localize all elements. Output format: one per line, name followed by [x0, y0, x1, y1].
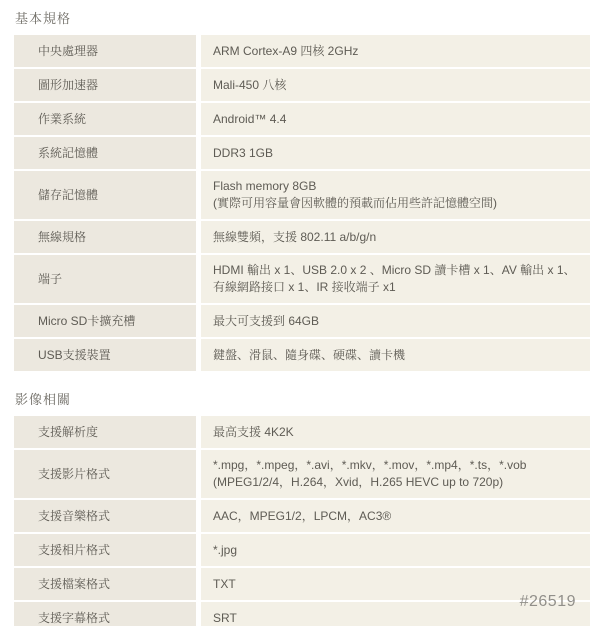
spec-label: 支援音樂格式	[14, 500, 196, 532]
spec-label: 作業系統	[14, 103, 196, 135]
spec-label: 無線規格	[14, 221, 196, 253]
spec-label: 支援影片格式	[14, 450, 196, 498]
spec-label: 支援解析度	[14, 416, 196, 448]
table-row: 支援影片格式 *.mpg，*.mpeg，*.avi，*.mkv，*.mov，*.…	[14, 450, 590, 498]
spec-label: 支援字幕格式	[14, 602, 196, 626]
spec-label: 支援相片格式	[14, 534, 196, 566]
table-row: 作業系統 Android™ 4.4	[14, 103, 590, 135]
spec-value: 無線雙頻，支援 802.11 a/b/g/n	[201, 221, 590, 253]
spec-value: 最高支援 4K2K	[201, 416, 590, 448]
spec-value: Flash memory 8GB (實際可用容量會因軟體的預載而佔用些許記憶體空…	[201, 171, 590, 219]
table-row: 端子 HDMI 輸出 x 1、USB 2.0 x 2 、Micro SD 讀卡槽…	[14, 255, 590, 303]
spec-table-basic: 中央處理器 ARM Cortex-A9 四核 2GHz 圖形加速器 Mali-4…	[14, 35, 590, 371]
table-row: Micro SD卡擴充槽 最大可支援到 64GB	[14, 305, 590, 337]
spec-label: 儲存記憶體	[14, 171, 196, 219]
spec-value: *.mpg，*.mpeg，*.avi，*.mkv，*.mov，*.mp4，*.t…	[201, 450, 590, 498]
table-row: 圖形加速器 Mali-450 八核	[14, 69, 590, 101]
spec-value: 鍵盤、滑鼠、隨身碟、硬碟、讀卡機	[201, 339, 590, 371]
table-row: 支援解析度 最高支援 4K2K	[14, 416, 590, 448]
spec-page: 基本規格 中央處理器 ARM Cortex-A9 四核 2GHz 圖形加速器 M…	[0, 0, 600, 626]
section-title: 基本規格	[15, 8, 590, 27]
table-row: 儲存記憶體 Flash memory 8GB (實際可用容量會因軟體的預載而佔用…	[14, 171, 590, 219]
table-row: 支援檔案格式 TXT	[14, 568, 590, 600]
spec-value: *.jpg	[201, 534, 590, 566]
spec-label: 支援檔案格式	[14, 568, 196, 600]
spec-value: AAC，MPEG1/2，LPCM，AC3®	[201, 500, 590, 532]
section-basic-specs: 基本規格 中央處理器 ARM Cortex-A9 四核 2GHz 圖形加速器 M…	[14, 8, 590, 371]
table-row: 支援字幕格式 SRT	[14, 602, 590, 626]
spec-value: DDR3 1GB	[201, 137, 590, 169]
spec-table-video: 支援解析度 最高支援 4K2K 支援影片格式 *.mpg，*.mpeg，*.av…	[14, 416, 590, 626]
table-row: 支援音樂格式 AAC，MPEG1/2，LPCM，AC3®	[14, 500, 590, 532]
spec-label: 中央處理器	[14, 35, 196, 67]
table-row: 中央處理器 ARM Cortex-A9 四核 2GHz	[14, 35, 590, 67]
section-title: 影像相關	[15, 389, 590, 408]
spec-value: Mali-450 八核	[201, 69, 590, 101]
spec-label: 系統記憶體	[14, 137, 196, 169]
spec-value: ARM Cortex-A9 四核 2GHz	[201, 35, 590, 67]
table-row: USB支援裝置 鍵盤、滑鼠、隨身碟、硬碟、讀卡機	[14, 339, 590, 371]
table-row: 無線規格 無線雙頻，支援 802.11 a/b/g/n	[14, 221, 590, 253]
spec-label: 端子	[14, 255, 196, 303]
spec-label: 圖形加速器	[14, 69, 196, 101]
spec-value: Android™ 4.4	[201, 103, 590, 135]
spec-label: Micro SD卡擴充槽	[14, 305, 196, 337]
section-video-related: 影像相關 支援解析度 最高支援 4K2K 支援影片格式 *.mpg，*.mpeg…	[14, 389, 590, 626]
spec-value: HDMI 輸出 x 1、USB 2.0 x 2 、Micro SD 讀卡槽 x …	[201, 255, 590, 303]
watermark-id: #26519	[520, 593, 576, 611]
table-row: 支援相片格式 *.jpg	[14, 534, 590, 566]
spec-label: USB支援裝置	[14, 339, 196, 371]
table-row: 系統記憶體 DDR3 1GB	[14, 137, 590, 169]
spec-value: 最大可支援到 64GB	[201, 305, 590, 337]
